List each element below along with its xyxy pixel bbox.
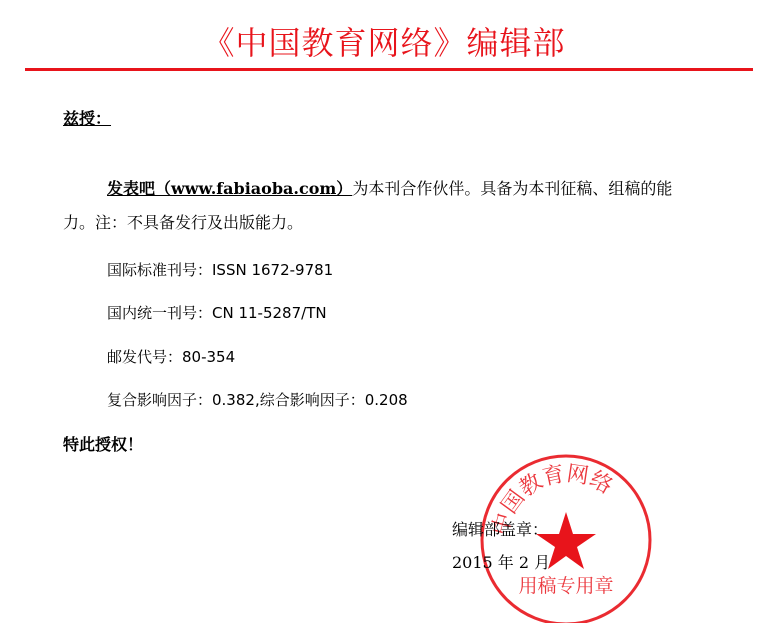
svg-text:用稿专用章: 用稿专用章 — [518, 575, 613, 597]
page-title: 《中国教育网络》编辑部 — [0, 18, 768, 64]
impact-factor-line: 复合影响因子：0.382,综合影响因子：0.208 — [107, 389, 408, 410]
signature-label: 编辑部盖章： — [452, 517, 548, 540]
cn-line: 国内统一刊号：CN 11-5287/TN — [107, 302, 327, 323]
closing-text: 特此授权！ — [63, 432, 143, 455]
issn-line: 国际标准刊号：ISSN 1672-9781 — [107, 259, 333, 280]
salutation: 兹授： — [63, 106, 111, 129]
title-divider — [25, 68, 753, 71]
partner-name: 发表吧（www.fabiaoba.com） — [107, 179, 352, 198]
postal-code-line: 邮发代号：80-354 — [107, 346, 235, 367]
body-paragraph: 发表吧（www.fabiaoba.com）为本刊合作伙伴。具备为本刊征稿、组稿的… — [63, 172, 693, 240]
date: 2015 年 2 月 — [452, 550, 550, 573]
